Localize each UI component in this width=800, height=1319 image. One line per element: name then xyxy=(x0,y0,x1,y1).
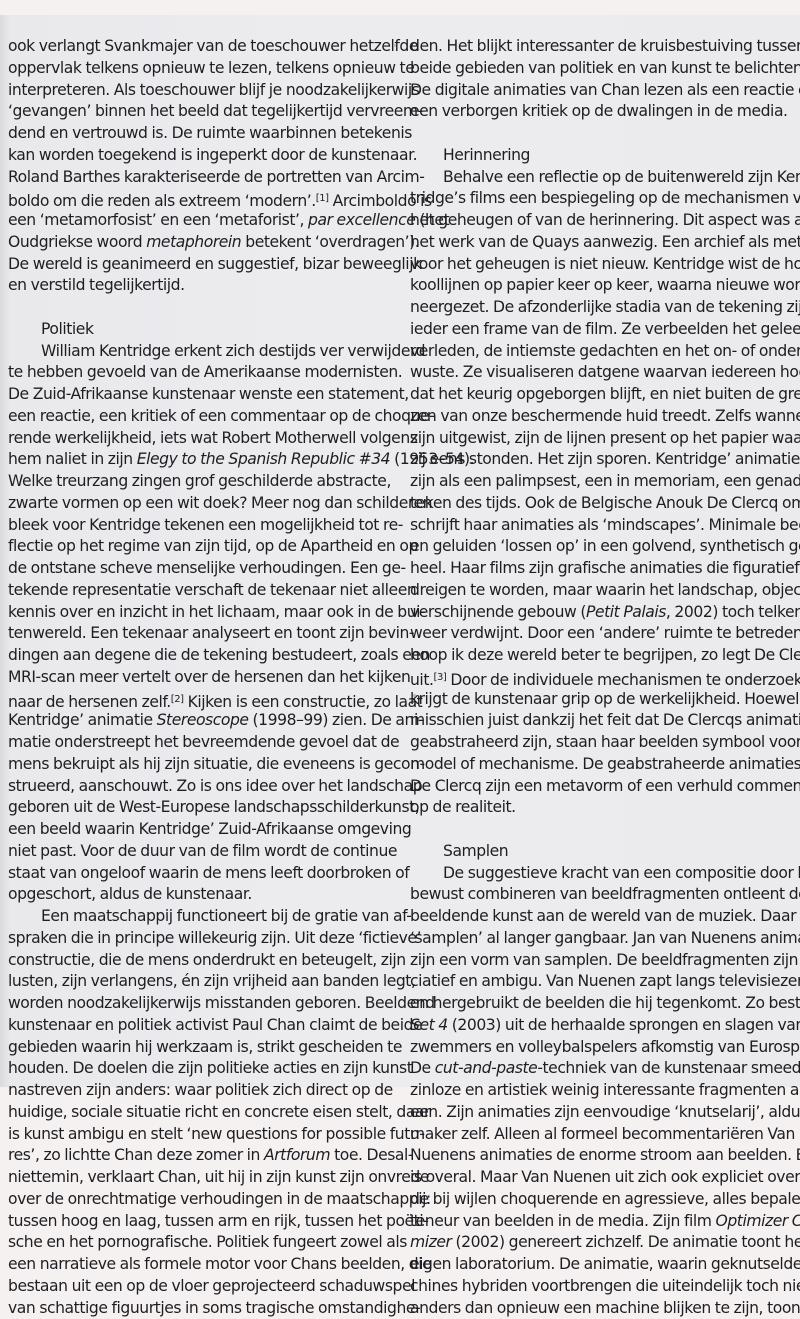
text-line: Een maatschappij functioneert bij de gra… xyxy=(8,906,388,928)
text-line: hoop ik deze wereld beter te begrijpen, … xyxy=(410,645,795,667)
text-line: zij eens stonden. Het zijn sporen. Kentr… xyxy=(410,449,795,471)
text-line: strueerd, aanschouwt. Zo is ons idee ove… xyxy=(8,776,388,798)
text-line: staat van ongeloof waarin de mens leeft … xyxy=(8,863,388,885)
text-line: tekende representatie verschaft de teken… xyxy=(8,580,388,602)
text-line: rende werkelijkheid, iets wat Robert Mot… xyxy=(8,428,388,450)
text-line: boldo om die reden als extreem ‘modern’.… xyxy=(8,188,388,210)
text-line: matie onderstreept het bevreemdende gevo… xyxy=(8,732,388,754)
text-line: een ‘metamorfosist’ en een ‘metaforist’,… xyxy=(8,210,388,232)
italic-term: par excellence xyxy=(308,211,415,229)
text-line: en geluiden ‘lossen op’ in een golvend, … xyxy=(410,536,795,558)
text-line: dreigen te worden, maar waarin het lands… xyxy=(410,580,795,602)
text-line: ‘samplen’ al langer gangbaar. Jan van Nu… xyxy=(410,928,795,950)
text-line: houden. De doelen die zijn politieke act… xyxy=(8,1058,388,1080)
text-line: nastreven zijn anders: waar politiek zic… xyxy=(8,1080,388,1101)
text-line: koollijnen op papier keer op keer, waarn… xyxy=(410,275,795,297)
text-line: dend en vertrouwd is. De ruimte waarbinn… xyxy=(8,123,388,145)
text-line: model of mechanisme. De geabstraheerde a… xyxy=(410,754,795,776)
section-heading-politiek: Politiek xyxy=(8,319,388,341)
text-line: een verborgen kritiek op de dwalingen in… xyxy=(410,101,795,123)
right-column: den. Het blijkt interessanter de kruisbe… xyxy=(410,36,795,1101)
text-line: zijn een vorm van samplen. De beeldfragm… xyxy=(410,950,795,972)
text-line: en hergebruikt de beelden die hij tegenk… xyxy=(410,993,795,1015)
text-line: heel. Haar films zijn grafische animatie… xyxy=(410,558,795,580)
text-line: Roland Barthes karakteriseerde de portre… xyxy=(8,167,388,189)
text-line: gebieden waarin hij werkzaam is, strikt … xyxy=(8,1037,388,1059)
text-line: De wereld is geanimeerd en suggestief, b… xyxy=(8,254,388,276)
text-run: Door de individuele mechanismen te onder… xyxy=(446,671,800,689)
text-line: misschien juist dankzij het feit dat De … xyxy=(410,710,795,732)
text-line: zwemmers en volleybalspelers afkomstig v… xyxy=(410,1037,795,1059)
text-line: tenwereld. Een tekenaar analyseert en to… xyxy=(8,623,388,645)
text-line: uit.[3] Door de individuele mechanismen … xyxy=(410,667,795,689)
text-line: te hebben gevoeld van de Amerikaanse mod… xyxy=(8,362,388,384)
text-line: William Kentridge erkent zich destijds v… xyxy=(8,341,388,363)
text-line: geabstraheerd zijn, staan haar beelden s… xyxy=(410,732,795,754)
footnote-ref-1: [1] xyxy=(316,193,329,204)
italic-term: metaphorein xyxy=(146,233,241,251)
text-line: Oudgriekse woord metaphorein betekent ‘o… xyxy=(8,232,388,254)
text-line: De Zuid-Afrikaanse kunstenaar wenste een… xyxy=(8,384,388,406)
text-line: tridge’s films een bespiegeling op de me… xyxy=(410,188,795,210)
text-line: ook verlangt Svankmajer van de toeschouw… xyxy=(8,36,388,58)
text-line: lusten, zijn verlangens, én zijn vrijhei… xyxy=(8,971,388,993)
italic-title: Petit Palais xyxy=(586,603,666,621)
text-line: dingen aan degene die de tekening bestud… xyxy=(8,645,388,667)
text-line: ieder een frame van de film. Ze verbeeld… xyxy=(410,319,795,341)
text-line: teken des tijds. Ook de Belgische Anouk … xyxy=(410,493,795,515)
text-line: geboren uit de West-Europese landschapss… xyxy=(8,797,388,819)
text-run: Kentridge’ animatie xyxy=(8,711,157,729)
text-run: (1998–99) zien. De ani- xyxy=(249,711,423,729)
text-line: zijn als een palimpsest, een in memoriam… xyxy=(410,471,795,493)
text-line: beide gebieden van politiek en van kunst… xyxy=(410,58,795,80)
text-line: kan worden toegekend is ingeperkt door d… xyxy=(8,145,388,167)
text-line: wuste. Ze visualiseren datgene waarvan i… xyxy=(410,362,795,384)
text-line: De Clercq zijn een metavorm of een verhu… xyxy=(410,776,795,798)
section-heading-samplen: Samplen xyxy=(410,841,795,863)
text-line: dat het keurig opgeborgen blijft, en nie… xyxy=(410,384,795,406)
text-line: naar de hersenen zelf.[2] Kijken is een … xyxy=(8,689,388,711)
text-line: ciatief en ambigu. Van Nuenen zapt langs… xyxy=(410,971,795,993)
text-run: verschijnende gebouw ( xyxy=(410,603,586,621)
text-line: Welke treurzang zingen grof geschilderde… xyxy=(8,471,388,493)
text-run: uit. xyxy=(410,671,434,689)
text-line: interpreteren. Als toeschouwer blijf je … xyxy=(8,80,388,102)
text-run: boldo om die reden als extreem ‘modern’. xyxy=(8,192,316,210)
text-line: het geheugen of van de herinnering. Dit … xyxy=(410,210,795,232)
paragraph-spacer xyxy=(410,819,795,841)
text-line: kennis over en inzicht in het lichaam, m… xyxy=(8,602,388,624)
text-line: De suggestieve kracht van een compositie… xyxy=(410,863,795,885)
text-line: verschijnende gebouw (Petit Palais, 2002… xyxy=(410,602,795,624)
section-heading-herinnering: Herinnering xyxy=(410,145,795,167)
text-line: niet past. Voor de duur van de film word… xyxy=(8,841,388,863)
text-run: hem naliet in zijn xyxy=(8,450,137,468)
text-line: kunstenaar en politiek activist Paul Cha… xyxy=(8,1015,388,1037)
text-line: de ontstane scheve menselijke verhouding… xyxy=(8,558,388,580)
text-line: constructie, die de mens onderdrukt en b… xyxy=(8,950,388,972)
paragraph-spacer xyxy=(8,297,388,319)
text-line: den. Het blijkt interessanter de kruisbe… xyxy=(410,36,795,58)
text-line: weer verdwijnt. Door een ‘andere’ ruimte… xyxy=(410,623,795,645)
text-line: ‘gevangen’ binnen het beeld dat tegelijk… xyxy=(8,101,388,123)
text-line: schrijft haar animaties als ‘mindscapes’… xyxy=(410,515,795,537)
italic-title: Set 4 xyxy=(410,1016,448,1034)
text-line: mens bekruipt als hij zijn situatie, die… xyxy=(8,754,388,776)
scan-speck xyxy=(393,44,396,47)
italic-term: cut-and-paste xyxy=(435,1059,538,1077)
text-line: verleden, de intiemste gedachten en het … xyxy=(410,341,795,363)
text-line: een reactie, een kritiek of een commenta… xyxy=(8,406,388,428)
text-line: krijgt de kunstenaar grip op de werkelij… xyxy=(410,689,795,711)
text-line: oppervlak telkens opnieuw te lezen, telk… xyxy=(8,58,388,80)
footnote-ref-2: [2] xyxy=(171,694,184,705)
text-line: het werk van de Quays aanwezig. Een arch… xyxy=(410,232,795,254)
magazine-page: ook verlangt Svankmajer van de toeschouw… xyxy=(0,15,800,1087)
scan-speck xyxy=(413,694,416,697)
text-line: beeldende kunst aan de wereld van de muz… xyxy=(410,906,795,928)
text-line: neergezet. De afzonderlijke stadia van d… xyxy=(410,297,795,319)
text-line: spraken die in principe willekeurig zijn… xyxy=(8,928,388,950)
text-run: (2003) uit de herhaalde sprongen en slag… xyxy=(448,1016,800,1034)
text-run: een ‘metamorfosist’ en een ‘metaforist’, xyxy=(8,211,308,229)
left-column: ook verlangt Svankmajer van de toeschouw… xyxy=(8,36,388,1101)
paragraph-spacer xyxy=(410,123,795,145)
text-line: flectie op het regime van zijn tijd, op … xyxy=(8,536,388,558)
text-run: betekent ‘overdragen’). xyxy=(241,233,419,251)
text-line: bewust combineren van beeldfragmenten on… xyxy=(410,884,795,906)
text-line: zijn uitgewist, zijn de lijnen present o… xyxy=(410,428,795,450)
text-line: hem naliet in zijn Elegy to the Spanish … xyxy=(8,449,388,471)
text-line: voor het geheugen is niet nieuw. Kentrid… xyxy=(410,254,795,276)
text-line: een beeld waarin Kentridge’ Zuid-Afrikaa… xyxy=(8,819,388,841)
italic-title: Elegy to the Spanish Republic #34 xyxy=(137,450,390,468)
text-line: bleek voor Kentridge tekenen een mogelij… xyxy=(8,515,388,537)
text-line: zwarte vormen op een wit doek? Meer nog … xyxy=(8,493,388,515)
text-line: MRI-scan meer vertelt over de hersenen d… xyxy=(8,667,388,689)
italic-title: Stereoscope xyxy=(157,711,249,729)
text-run: Kijken is een constructie, zo laat xyxy=(184,693,423,711)
text-line: opgeschort, aldus de kunstenaar. xyxy=(8,884,388,906)
text-line: Behalve een reflectie op de buitenwereld… xyxy=(410,167,795,189)
text-line: en verstild tegelijkertijd. xyxy=(8,275,388,297)
text-line: Kentridge’ animatie Stereoscope (1998–99… xyxy=(8,710,388,732)
text-run: naar de hersenen zelf. xyxy=(8,693,171,711)
text-run: De xyxy=(410,1059,435,1077)
text-line: zinloze en artistiek weinig interessante… xyxy=(410,1080,795,1101)
text-line: op de realiteit. xyxy=(410,797,795,819)
text-line: worden noodzakelijkerwijs misstanden geb… xyxy=(8,993,388,1015)
text-line: De digitale animaties van Chan lezen als… xyxy=(410,80,795,102)
footnote-ref-3: [3] xyxy=(434,672,447,683)
text-run: Oudgriekse woord xyxy=(8,233,146,251)
text-line: De cut-and-paste-techniek van de kunsten… xyxy=(410,1058,795,1080)
text-run: , 2002) toch telkens xyxy=(666,603,800,621)
text-line: Set 4 (2003) uit de herhaalde sprongen e… xyxy=(410,1015,795,1037)
text-run: -techniek van de kunstenaar smeedt de xyxy=(537,1059,800,1077)
text-line: zen van onze beschermende huid treedt. Z… xyxy=(410,406,795,428)
